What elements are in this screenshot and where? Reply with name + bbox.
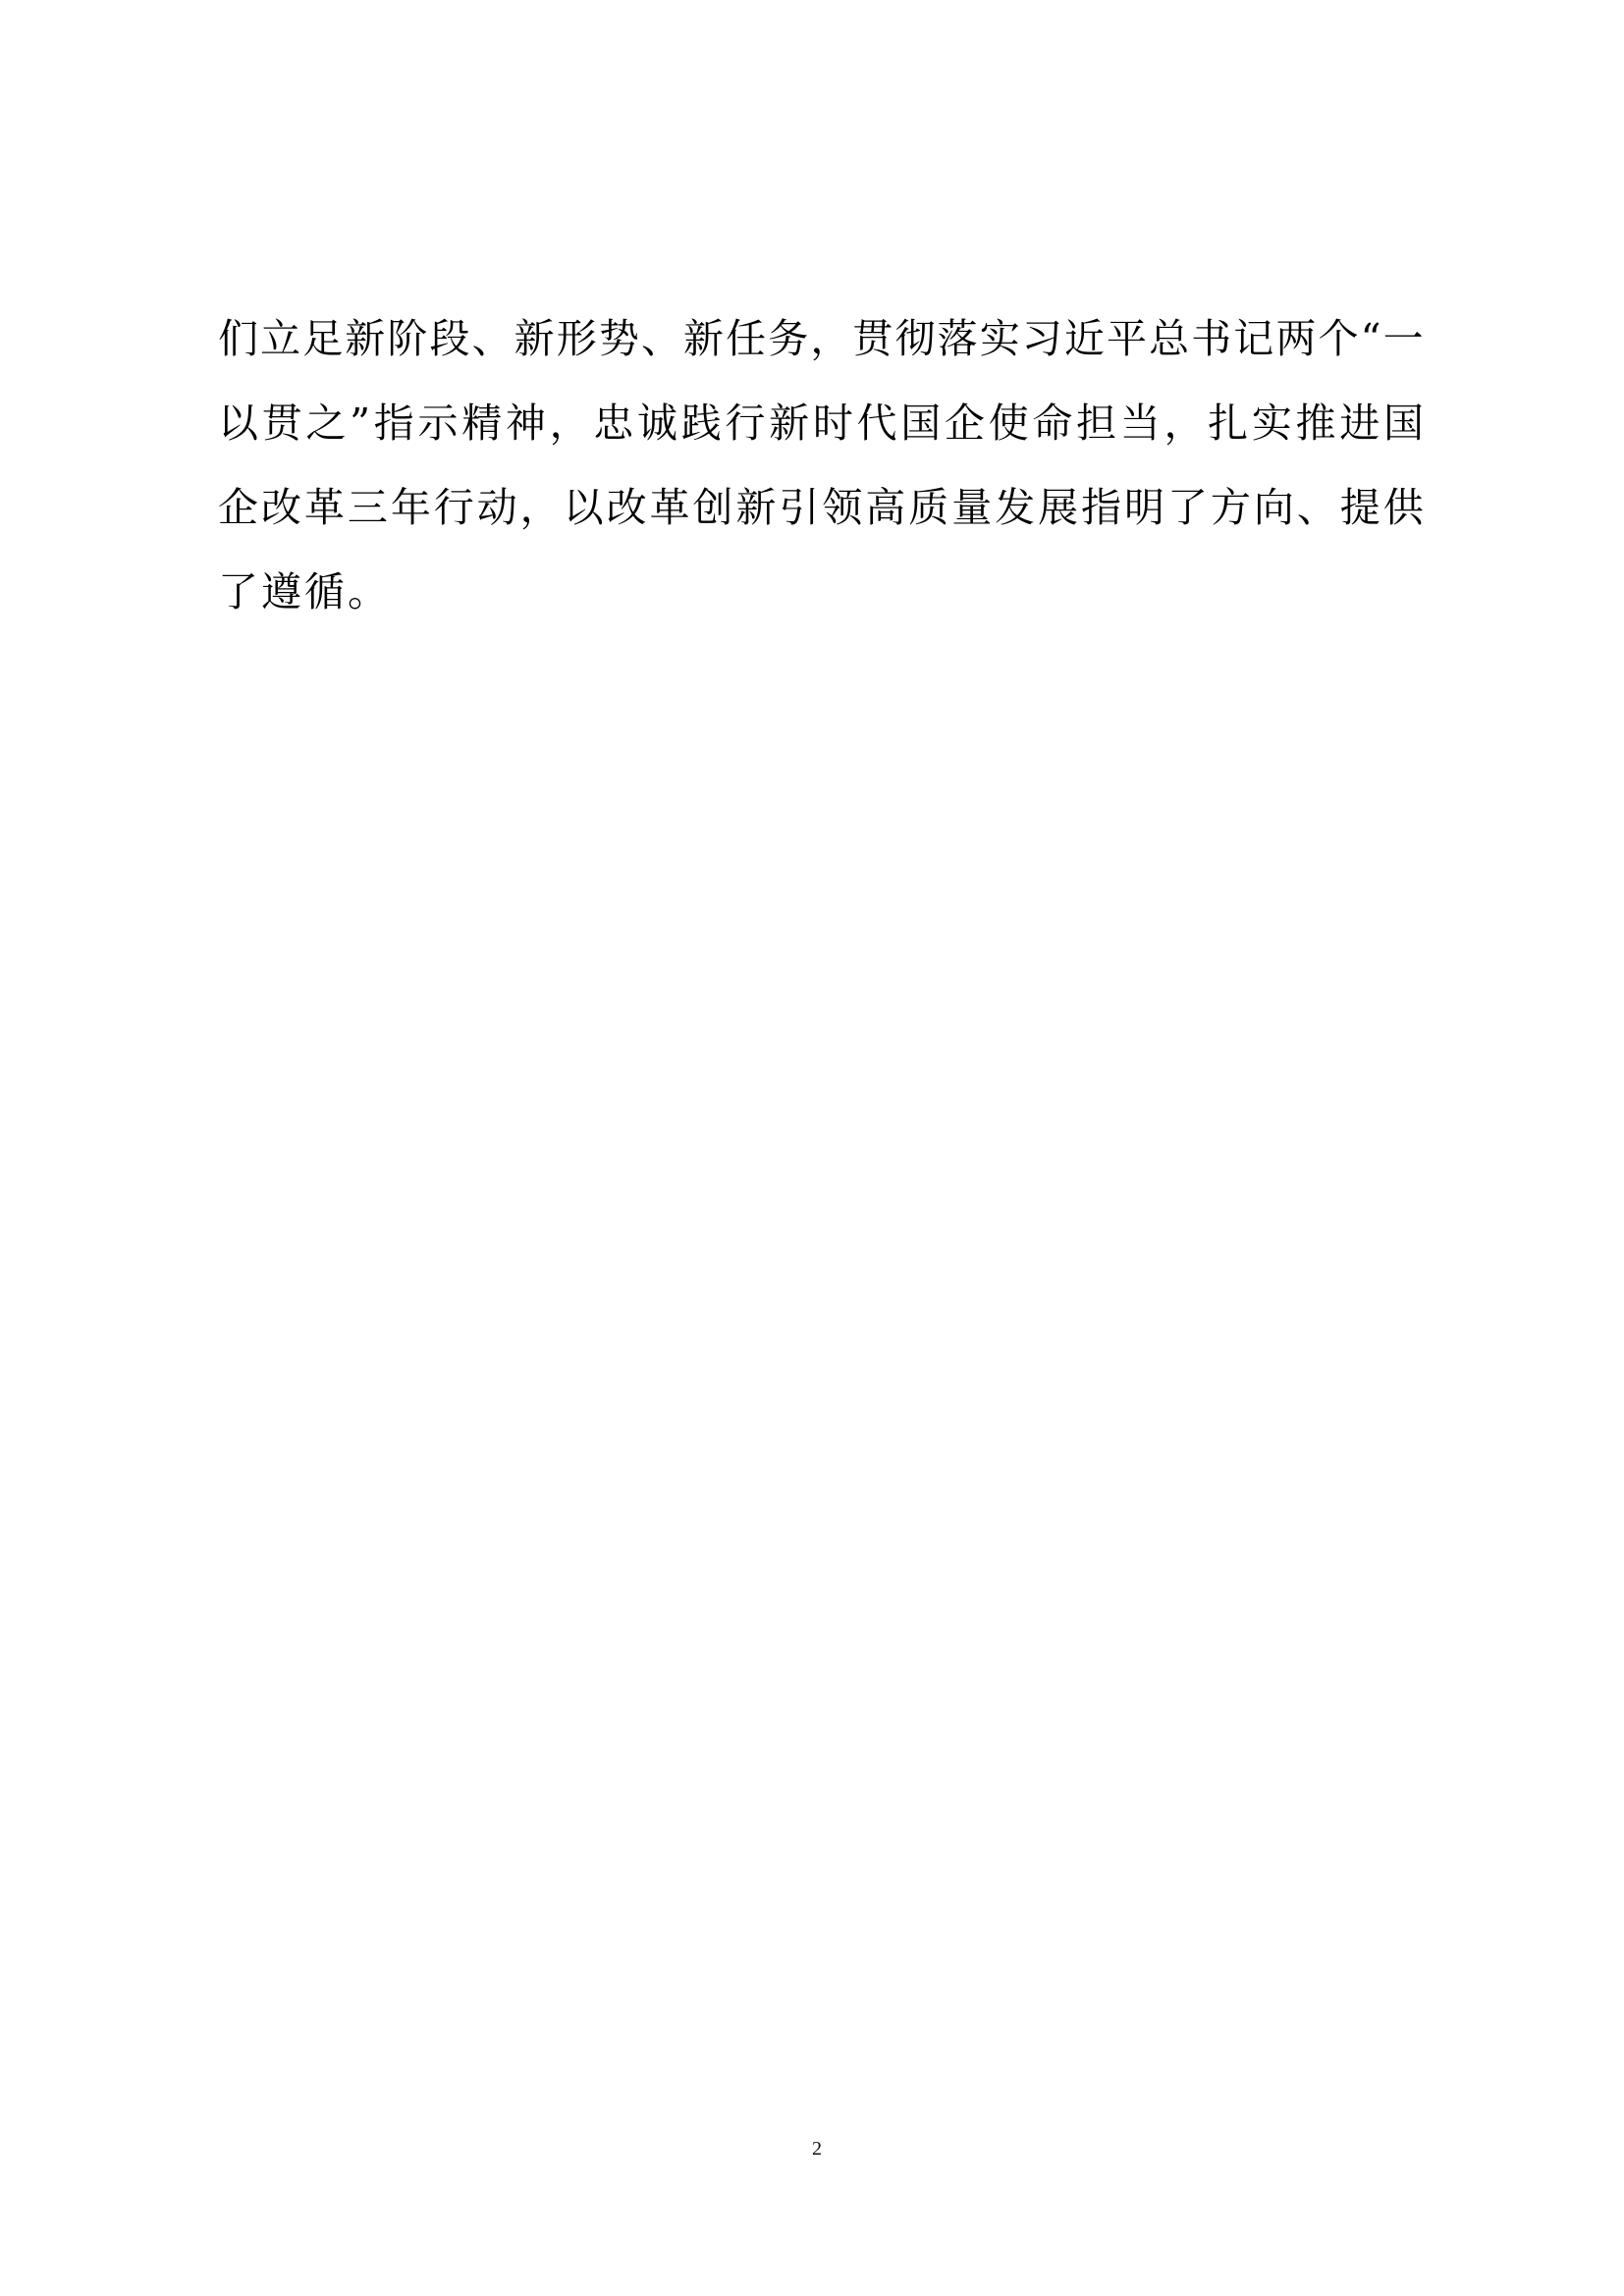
page-number: 2 (0, 2138, 1624, 2161)
paragraph-line-4: 了遵循。 (218, 560, 1424, 644)
paragraph-line-3: 企改革三年行动，以改革创新引领高质量发展指明了方向、提供 (218, 475, 1424, 560)
paragraph-line-1: 们立足新阶段、新形势、新任务，贯彻落实习近平总书记两个“一 (218, 306, 1424, 391)
paragraph-line-2: 以贯之”指示精神，忠诚践行新时代国企使命担当，扎实推进国 (218, 391, 1424, 475)
document-page: 们立足新阶段、新形势、新任务，贯彻落实习近平总书记两个“一 以贯之”指示精神，忠… (0, 0, 1624, 2296)
body-paragraph: 们立足新阶段、新形势、新任务，贯彻落实习近平总书记两个“一 以贯之”指示精神，忠… (218, 306, 1424, 644)
